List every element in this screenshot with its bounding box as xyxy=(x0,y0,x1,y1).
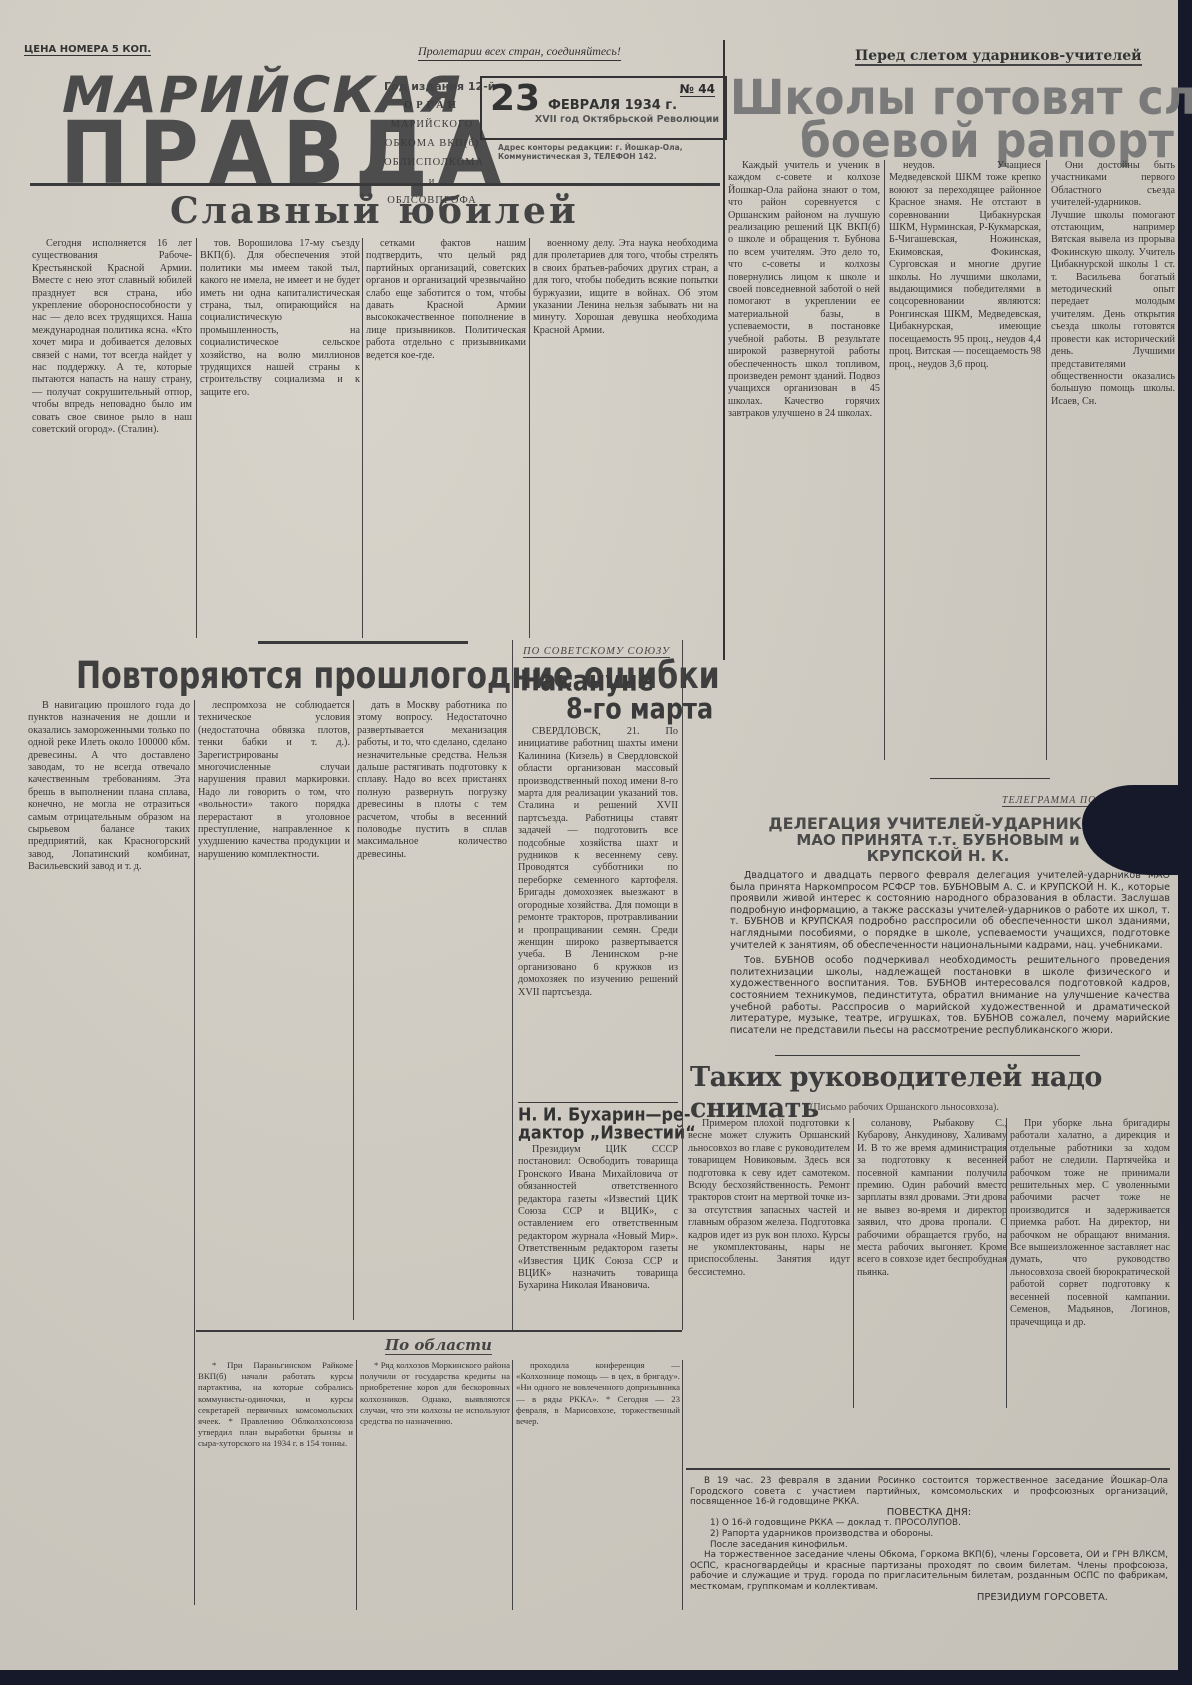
column-divider xyxy=(529,238,530,638)
organ-line: МАРИЙСКОГО xyxy=(384,115,480,134)
price-line: ЦЕНА НОМЕРА 5 КОП. xyxy=(24,44,151,56)
telegram-headline-line3: КРУПСКОЙ Н. К. xyxy=(728,848,1148,864)
column-divider xyxy=(884,160,885,760)
jubilee-column-2: тов. Ворошилова 17-му съезду ВКП(б). Для… xyxy=(200,238,360,638)
errors-column-2: леспромхоза не соблюдается техническое у… xyxy=(198,700,350,1320)
jubilee-column-3: сетками фактов нашим подтвердить, что це… xyxy=(366,238,526,638)
section-divider xyxy=(196,1330,682,1332)
revolution-year: XVII год Октябрьской Революции xyxy=(532,114,722,125)
section-divider xyxy=(775,1055,1080,1056)
masthead-divider xyxy=(30,183,720,186)
leaders-subtitle: (Письмо рабочих Оршанского льносовхоза). xyxy=(810,1102,999,1113)
schools-kicker: Перед слетом ударников-учителей xyxy=(855,48,1142,66)
bukharin-body: Президиум ЦИК СССР постановил: Освободит… xyxy=(518,1144,678,1324)
date-month-year: ФЕВРАЛЯ 1934 г. xyxy=(548,98,677,113)
column-divider xyxy=(362,238,363,638)
column-divider xyxy=(682,640,683,1330)
section-divider xyxy=(686,1468,1170,1470)
column-divider xyxy=(1046,160,1047,760)
column-divider xyxy=(682,1360,683,1610)
region-kicker: По области xyxy=(385,1336,492,1355)
agenda-title: ПОВЕСТКА ДНЯ: xyxy=(690,1508,1168,1519)
soviet-union-kicker: ПО СОВЕТСКОМУ СОЮЗУ xyxy=(523,646,670,658)
column-divider xyxy=(853,1118,854,1408)
newspaper-page: ЦЕНА НОМЕРА 5 КОП. Пролетарии всех стран… xyxy=(0,0,1178,1670)
telegram-body: Двадцатого и двадцать первого февраля де… xyxy=(730,870,1170,1050)
announcement-lead: В 19 час. 23 февраля в здании Росинко со… xyxy=(690,1476,1168,1508)
jubilee-column-1: Сегодня исполняется 16 лет существования… xyxy=(32,238,192,638)
leaders-column-2: соланову, Рыбакову С., Кубарову, Анкудин… xyxy=(857,1118,1007,1408)
schools-column-3: Они достойны быть участниками первого Об… xyxy=(1051,160,1175,740)
leaders-headline: Таких руководителей надо снимать xyxy=(690,1062,1178,1124)
agenda-item: 1) О 16-й годовщине РККА — доклад т. ПРО… xyxy=(690,1518,1168,1529)
leaders-column-3: При уборке льна бригадиры работали халат… xyxy=(1010,1118,1170,1408)
schools-column-2: неудов. Учащиеся Медведевской ШКМ тоже к… xyxy=(889,160,1041,760)
column-divider xyxy=(723,40,725,660)
agenda-item: 2) Рапорта ударников производства и обор… xyxy=(690,1529,1168,1540)
slogan: Пролетарии всех стран, соединяйтесь! xyxy=(418,44,621,61)
organ-line: ОРГАН xyxy=(384,96,480,115)
year-of-publication: Год издания 12-й xyxy=(384,80,495,93)
announcement-signature: ПРЕЗИДИУМ ГОРСОВЕТА. xyxy=(690,1593,1168,1604)
column-divider xyxy=(1006,1118,1007,1408)
region-column-1: * При Параньгинском Райкоме ВКП(б) начал… xyxy=(198,1360,353,1610)
section-divider xyxy=(518,1102,678,1103)
schools-column-1: Каждый учитель и ученик в каждом с-совет… xyxy=(728,160,880,760)
column-divider xyxy=(356,1360,357,1610)
agenda-after: После заседания кинофильм. xyxy=(690,1540,1168,1551)
soviet-union-body: СВЕРДЛОВСК, 21. По инициативе работниц ш… xyxy=(518,726,678,1098)
region-column-2: * Ряд колхозов Моркинского района получи… xyxy=(360,1360,510,1610)
bukharin-headline-line2: дактор „Известий“ xyxy=(518,1122,696,1143)
section-divider xyxy=(258,641,468,644)
jubilee-headline: Славный юбилей xyxy=(170,190,579,232)
leaders-column-1: Примером плохой подготовки к весне может… xyxy=(688,1118,850,1408)
announcement: В 19 час. 23 февраля в здании Росинко со… xyxy=(690,1476,1168,1603)
column-divider xyxy=(512,640,513,1330)
organ-line: ОБКОМА ВКП(б) xyxy=(384,134,480,153)
date-box: 23 № 44 ФЕВРАЛЯ 1934 г. XVII год Октябрь… xyxy=(480,76,727,140)
soviet-union-headline-line2: 8-го марта xyxy=(566,692,713,726)
column-divider xyxy=(512,1360,513,1610)
errors-column-1: В навигацию прошлого года до пунктов наз… xyxy=(28,700,190,1605)
jubilee-column-4: военному делу. Эта наука необходима для … xyxy=(533,238,718,638)
section-divider xyxy=(930,778,1050,779)
date-day: 23 xyxy=(490,78,540,119)
column-divider xyxy=(196,238,197,638)
errors-column-3: дать в Москву работника по этому вопросу… xyxy=(357,700,507,1320)
region-column-3: проходила конференция — «Колхознице помо… xyxy=(516,1360,680,1610)
column-divider xyxy=(353,700,354,1320)
editorial-address: Адрес конторы редакции: г. Йошкар-Ола, К… xyxy=(498,143,718,161)
announcement-access: На торжественное заседание члены Обкома,… xyxy=(690,1550,1168,1592)
column-divider xyxy=(194,700,195,1605)
issue-number: № 44 xyxy=(680,82,715,97)
